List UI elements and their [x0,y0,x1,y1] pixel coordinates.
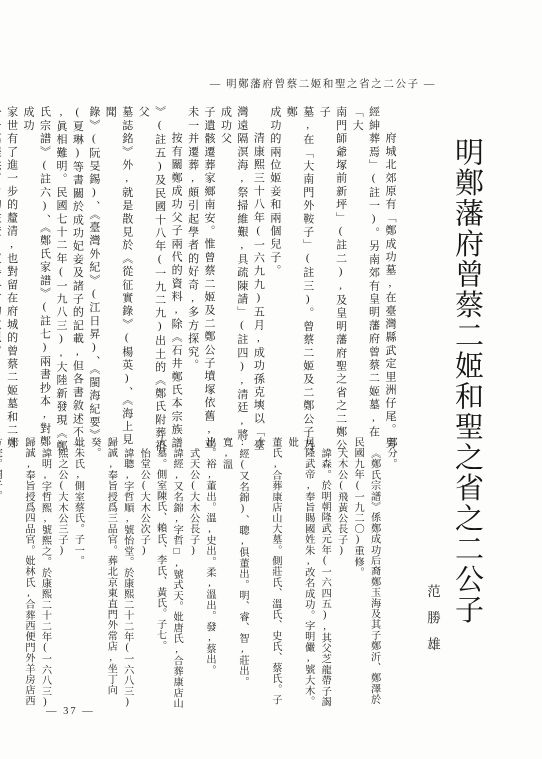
text-column: 氏宗譜》(註六)、《鄭氏家譜》(註七)兩書抄本,對鄭成功 [20,106,53,454]
text-column: 《鄭氏宗譜》係鄭成功后裔鄭玉海及其子鄭沂、鄭澤於 [365,437,381,709]
text-column: 董氏,合葬康店山大墓。側莊氏、溫氏、史氏、蔡氏。子十 [250,437,283,709]
section-heading: 大木公(飛黃公長子) [332,437,348,709]
text-column: 部分。 [382,437,398,709]
text-column: 見隆武帝,奉旨賜國姓朱,改名成功。字明儼,號大木。妣 [283,437,316,709]
text-column: 按有關鄭成功父子兩代的資料,除《石井鄭氏本宗族譜 [168,106,184,454]
text-column: :經(又名錦)、聰,俱董出。明、睿、智,莊出。寬,溫 [217,437,250,709]
text-column: 成功的兩位姬妾和兩個兒子。 [266,106,282,454]
text-column: 子遺骸遷葬家鄉南安。惟曾蔡二姬及二鄭公子墳塚依舊,並 [201,106,217,454]
text-column: ,眞相難明。民國七十二年(一九八三),大陸新發現《鄭 [52,106,68,454]
text-column: 未一并遷葬,頗引起學者的好奇,多方探究。 [184,106,200,454]
page-number: — 37 — [46,706,95,717]
text-column: 家世有了進一步的釐清,也對留在府城的曾蔡二姬墓和二鄭 [3,106,19,454]
text-column: 諱森。於明朝隆武元年(一六四五),其父芝龍帶子謁 [316,437,332,709]
text-column: 南門師爺塚前新坪」(註二),及皇明藩府聖之省之二鄭公子 [316,106,349,454]
body-text-lower-tier: 部分。《鄭氏宗譜》係鄭成功后裔鄭玉海及其子鄭沂、鄭澤於民國九年(一九二〇)重修。… [0,437,398,709]
section-heading: 式天公(大木公長子) [184,437,200,709]
text-column: 大墓。側室陳氏、賴氏、李氏、黃氏。子七。 [151,437,167,709]
text-column: 灣遠隔溟海,祭掃維艱,具疏陳請」(註四),清廷,將成功父 [217,106,250,454]
text-column: 方院。嗣子。 [0,437,3,709]
text-column: 民國九年(一九二〇)重修。 [349,437,365,709]
text-column: 歸誠,奉旨授爲四品官。妣林氏,合葬西便門外羊房店西十 [3,437,36,709]
text-column: 經紳葬焉」(註一)。另南郊有皇明藩府曾蔡二姬墓,在「大 [349,106,382,454]
text-column: 墓,在「大南門外鞍子」(註三)。曾蔡二姬及二鄭公子乃鄭 [283,106,316,454]
section-heading: 怡堂公(大木公次子) [135,437,151,709]
section-heading: 熙之公(大木公三子) [52,437,68,709]
text-column: 諱經,又名錦,字哲□,號式天。妣唐氏,合葬康店山 [168,437,184,709]
text-column: 諱明,字哲熙,號熙之。於康熙二十二年(一六八三) [36,437,52,709]
document-page: — 明鄭藩府曾蔡二姬和聖之省之二公子 — 明鄭藩府曾蔡二姬和聖之省之二公子 范勝… [0,0,542,759]
text-column: 歸誠,奉旨授爲三品官。葬北京東直門外常店,坐丁向癸。 [85,437,118,709]
text-column: (夏琳)等書關於成功妃妾及諸子的記載,但各書敘述不一 [69,106,85,454]
text-column: 妣朱氏,側室蔡氏。子一。 [69,437,85,709]
text-column: 》(註五)及民國十八年(一九二九)出土的《鄭氏附葬祖父 [135,106,168,454]
text-column: 出。裕,董出。溫,史出。柔,溫出。發,蔡出。 [201,437,217,709]
body-text-upper-tier: 府城北郊原有「鄭成功墓,在臺灣縣武定里洲仔尾。男經紳葬焉」(註一)。另南郊有皇明… [0,106,398,454]
text-column: 墓誌銘》外,就是散見於《從征實錄》(楊英)、《海上見聞 [102,106,135,454]
article-title: 明鄭藩府曾蔡二姬和聖之省之二公子 [447,137,488,625]
text-column: 錄》(阮旻錫)、《臺灣外紀》(江日昇)、《閩海紀要》 [85,106,101,454]
text-column: 府城北郊原有「鄭成功墓,在臺灣縣武定里洲仔尾。男 [382,106,398,454]
running-header: — 明鄭藩府曾蔡二姬和聖之省之二公子 — [210,76,436,91]
text-column: 諱聰,字哲順,號怡堂。於康熙二十二年(一六八三) [118,437,134,709]
text-column: 清康熙三十八年(一六九九)五月,成功孫克塽以「臺 [250,106,266,454]
author-name: 范勝雄 [422,584,442,664]
